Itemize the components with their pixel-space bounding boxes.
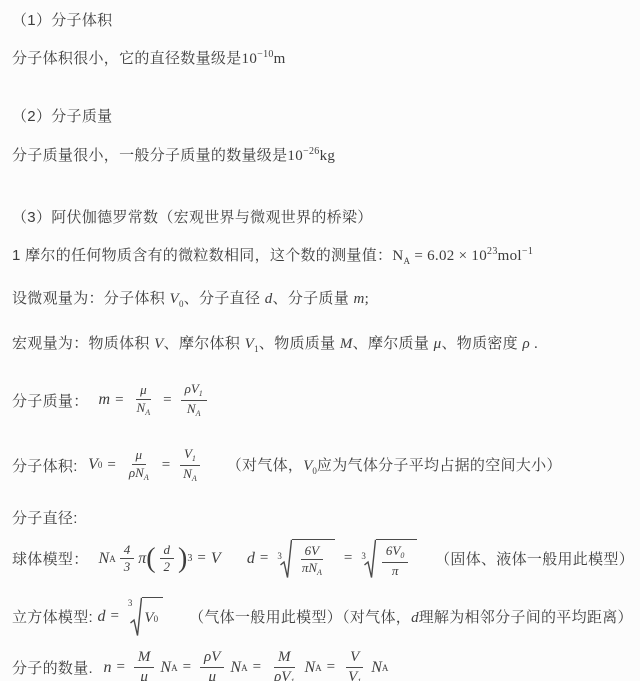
fraction-rhoV-over-mu: ρV μ [200, 649, 224, 681]
var-pi: π [392, 563, 399, 578]
diameter-heading: 分子直径: [12, 508, 634, 529]
numerator: V [346, 649, 363, 668]
equals-sign: = [163, 392, 171, 409]
var-M: M [278, 649, 291, 665]
var-d: d [164, 542, 171, 557]
unit-mol: mol [498, 248, 522, 264]
equals-sign: = [183, 659, 191, 676]
denominator: ρV1 [270, 668, 298, 681]
unit-mol-exponent: −1 [522, 246, 533, 257]
var-V1: V [245, 336, 254, 352]
fraction-6V0-over-pi: 6V0 π [382, 544, 408, 579]
fraction-rhoV1-over-NA: ρV1 NA [181, 382, 207, 419]
fraction-M-over-mu: M μ [134, 649, 155, 681]
var-N: N [137, 400, 146, 415]
var-rhoV: ρV [185, 381, 199, 396]
fraction-M-over-rhoV1: M ρV1 [270, 649, 298, 681]
subscript-1: 1 [199, 389, 203, 398]
var-V: V [184, 446, 192, 461]
avogadro-exponent: 23 [487, 246, 498, 257]
subscript-A: A [317, 568, 322, 577]
var-mu: μ [140, 382, 147, 397]
micro-sep2: 、分子质量 [273, 290, 354, 307]
denominator: ρNA [125, 465, 153, 483]
section-3-heading-text: （3）阿伏伽德罗常数（宏观世界与微观世界的桥梁） [12, 209, 373, 226]
fraction-mu-over-rhoNA: μ ρNA [125, 448, 153, 483]
macro-sep3: 、摩尔质量 [353, 335, 434, 352]
fraction-d-over-2: d 2 [160, 543, 175, 575]
denominator: μ [204, 668, 220, 681]
sphere-model-note: （固体、液体一般用此模型） [435, 548, 634, 569]
power-exponent: −26 [303, 146, 320, 157]
numerator: μ [136, 383, 151, 400]
radicand: V0 [142, 597, 163, 637]
numerator: d [160, 543, 175, 560]
denominator: πNA [298, 560, 326, 578]
left-paren: ( [146, 546, 155, 571]
avogadro-text: 1 摩尔的任何物质含有的微粒数相同，这个数的测量值： [12, 247, 392, 264]
numerator: μ [132, 448, 147, 465]
var-d: d [411, 610, 419, 626]
subscript-A: A [109, 554, 116, 564]
var-N: N [187, 401, 196, 416]
denominator: NA [133, 400, 155, 418]
avogadro-statement: 1 摩尔的任何物质含有的微粒数相同，这个数的测量值：NA = 6.02 × 10… [12, 241, 634, 272]
var-m: m [354, 291, 365, 307]
var-M: M [138, 649, 151, 665]
term-6V: 6V [305, 543, 319, 558]
cube-root-6V0-over-pi: 3 6V0 π [361, 539, 417, 579]
var-mu: μ [136, 447, 143, 462]
var-N: N [183, 466, 192, 481]
mass-formula-label: 分子质量： [12, 390, 89, 411]
unit-kilogram: kg [320, 148, 336, 164]
numerator: ρV1 [181, 382, 207, 401]
macro-lead: 宏观量为：物质体积 [12, 335, 154, 352]
den-3: 3 [124, 559, 131, 574]
section-1-body-text: 分子体积很小，它的直径数量级是 [12, 50, 242, 67]
power-base: 10 [242, 51, 258, 67]
var-d: d [265, 291, 273, 307]
micro-lead: 设微观量为：分子体积 [12, 290, 169, 307]
cube-model-label: 立方体模型: [12, 606, 97, 627]
var-V0: V [169, 291, 178, 307]
denominator: π [388, 563, 403, 579]
volume-note: （对气体，V0应为气体分子平均占据的空间大小） [227, 454, 562, 476]
macro-sep4: 、物质密度 [441, 335, 522, 352]
equals-sign: = [253, 659, 261, 676]
cube-root-6V-over-piNA: 3 6V πNA [277, 539, 335, 579]
var-pi: π [138, 550, 146, 568]
cube-exponent: 3 [187, 553, 192, 564]
diameter-label: 分子直径: [12, 510, 78, 527]
subscript-0: 0 [154, 614, 159, 624]
equals-sign: = [115, 392, 123, 409]
equals-sign: = [107, 457, 115, 474]
subscript-1: 1 [192, 454, 196, 463]
micro-quantities-line: 设微观量为：分子体积 V0、分子直径 d、分子质量 m; [12, 288, 634, 315]
radicand: 6V0 π [376, 539, 417, 579]
var-N: N [230, 659, 241, 677]
fraction-4-over-3: 4 3 [120, 543, 135, 575]
numerator: V1 [180, 447, 200, 466]
unit-meter: m [274, 51, 286, 67]
var-N: N [304, 659, 315, 677]
radicand: 6V πNA [292, 539, 335, 579]
var-N: N [99, 550, 110, 568]
sphere-model-formula: 球体模型： N A 4 3 π ( d 2 ) 3 = V d = 3 6V π… [12, 539, 634, 579]
radical-sign [280, 539, 292, 579]
micro-end: ; [365, 291, 369, 307]
subscript-A: A [171, 663, 178, 673]
var-V: V [348, 669, 357, 681]
molecule-count-formula: 分子的数量. n = M μ N A = ρV μ N A = M ρV1 N … [12, 649, 634, 681]
sphere-model-label: 球体模型： [12, 548, 89, 569]
fraction-V-over-V1: V V1 [344, 649, 365, 681]
physics-notes-document: （1）分子体积 分子体积很小，它的直径数量级是10−10m （2）分子质量 分子… [0, 0, 640, 681]
numerator: 6V0 [382, 544, 408, 563]
var-n: n [103, 659, 111, 677]
section-2-body-text: 分子质量很小，一般分子质量的数量级是 [12, 147, 287, 164]
term-6V: 6V [386, 543, 400, 558]
den-2: 2 [164, 559, 171, 574]
avogadro-value: = 6.02 × 10 [410, 248, 487, 264]
macro-sep2: 、物质质量 [259, 335, 340, 352]
radical-sign [364, 539, 376, 579]
right-paren: ) [178, 546, 187, 571]
molecular-volume-formula: 分子体积: V 0 = μ ρNA = V1 NA （对气体，V0应为气体分子平… [12, 447, 634, 484]
equals-sign: = [260, 550, 268, 567]
micro-sep1: 、分子直径 [184, 290, 265, 307]
subscript-A: A [382, 663, 389, 673]
subscript-A: A [196, 409, 201, 418]
count-label: 分子的数量. [12, 657, 97, 678]
equals-sign: = [116, 659, 124, 676]
cube-root-V0: 3 V0 [128, 597, 163, 637]
var-d: d [247, 550, 255, 568]
note-1: （气体一般用此模型）（对气体， [189, 609, 411, 626]
section-1-body: 分子体积很小，它的直径数量级是10−10m [12, 44, 634, 70]
subscript-A: A [145, 408, 150, 417]
note-pre: （对气体， [227, 457, 304, 474]
equals-sign: = [344, 550, 352, 567]
var-V: V [154, 336, 163, 352]
fraction-mu-over-NA: μ NA [133, 383, 155, 418]
denominator: V1 [344, 668, 365, 681]
section-2-heading-text: （2）分子质量 [12, 108, 112, 125]
subscript-A: A [241, 663, 248, 673]
numerator: 6V [301, 544, 323, 561]
denominator: μ [136, 668, 152, 681]
macro-sep1: 、摩尔体积 [164, 335, 245, 352]
equals-sign: = [110, 608, 118, 625]
numerator: ρV [200, 649, 224, 668]
numerator: M [134, 649, 155, 668]
denominator: 2 [160, 559, 175, 575]
term-piN: πN [302, 560, 317, 575]
section-1-heading: （1）分子体积 [12, 10, 634, 31]
macro-quantities-line: 宏观量为：物质体积 V、摩尔体积 V1、物质质量 M、摩尔质量 μ、物质密度 ρ… [12, 333, 634, 360]
var-m: m [99, 391, 111, 409]
symbol-NA: N [392, 248, 403, 264]
var-V: V [144, 610, 153, 627]
power-exponent: −10 [257, 49, 274, 60]
macro-end: . [530, 336, 538, 352]
note-post: 应为气体分子平均占据的空间大小） [317, 457, 562, 474]
var-d: d [97, 608, 105, 626]
equals-sign: = [162, 457, 170, 474]
radical-sign [130, 597, 142, 637]
subscript-0: 0 [98, 460, 103, 470]
subscript-1: 1 [357, 677, 361, 681]
subscript-0: 0 [400, 551, 404, 560]
term-rhoV: ρV [274, 669, 290, 681]
section-2-body: 分子质量很小，一般分子质量的数量级是10−26kg [12, 141, 634, 167]
var-rho: ρ [522, 336, 530, 352]
note-2: 理解为相邻分子间的平均距离） [419, 609, 633, 626]
denominator: 3 [120, 559, 135, 575]
var-mu: μ [208, 669, 216, 681]
subscript-1: 1 [290, 677, 294, 681]
term-rhoV: ρV [204, 649, 220, 665]
numerator: M [274, 649, 295, 668]
section-1-heading-text: （1）分子体积 [12, 12, 112, 29]
volume-formula-label: 分子体积: [12, 455, 82, 476]
equals-sign: = [327, 659, 335, 676]
num-4: 4 [124, 542, 131, 557]
power-base: 10 [287, 148, 303, 164]
denominator: NA [179, 466, 201, 484]
var-V: V [350, 649, 359, 665]
subscript-A: A [192, 474, 197, 483]
section-3-heading: （3）阿伏伽德罗常数（宏观世界与微观世界的桥梁） [12, 207, 634, 228]
var-N: N [160, 659, 171, 677]
var-mu: μ [140, 669, 148, 681]
denominator: NA [183, 401, 205, 419]
section-2-heading: （2）分子质量 [12, 106, 634, 127]
equals-sign: = [197, 550, 205, 567]
var-N: N [371, 659, 382, 677]
var-V: V [211, 550, 221, 568]
subscript-A: A [144, 473, 149, 482]
cube-model-formula: 立方体模型: d = 3 V0 （气体一般用此模型）（对气体，d理解为相邻分子间… [12, 597, 634, 637]
fraction-6V-over-piNA: 6V πNA [298, 544, 326, 579]
var-M: M [340, 336, 353, 352]
cube-model-note: （气体一般用此模型）（对气体，d理解为相邻分子间的平均距离） [189, 606, 633, 627]
var-V0: V [88, 456, 98, 474]
subscript-A: A [315, 663, 322, 673]
molecular-mass-formula: 分子质量： m = μ NA = ρV1 NA [12, 382, 634, 419]
fraction-V1-over-NA: V1 NA [179, 447, 201, 484]
numerator: 4 [120, 543, 135, 560]
var-rhoN: ρN [129, 465, 144, 480]
